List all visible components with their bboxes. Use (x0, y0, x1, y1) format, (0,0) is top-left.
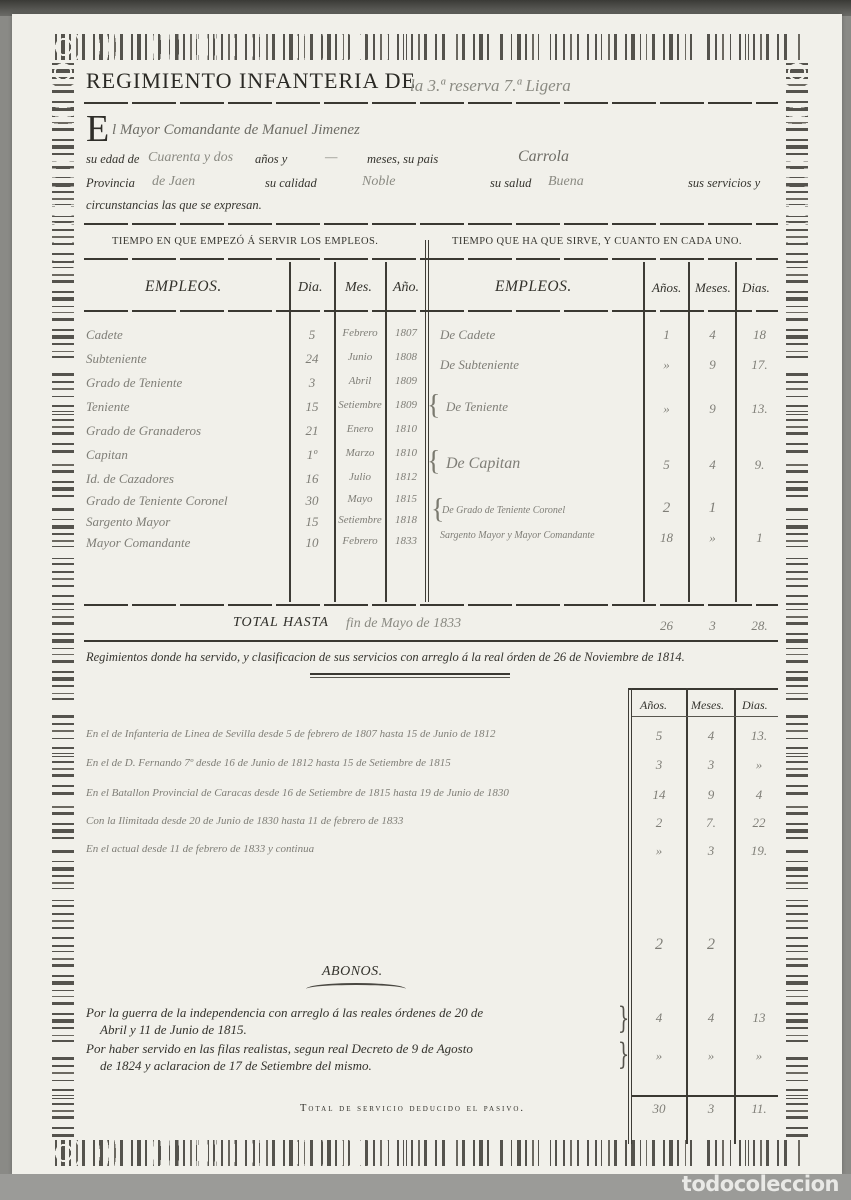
col-dia: Dia. (298, 280, 323, 296)
grand-total-dias: 11. (736, 1101, 782, 1117)
mes: Febrero (336, 535, 384, 547)
ano: 1807 (386, 327, 426, 339)
intro-rule (84, 223, 778, 225)
ornamental-border-bottom (52, 1140, 802, 1166)
right-section-header: TIEMPO QUE HA QUE SIRVE, Y CUANTO EN CAD… (452, 236, 742, 247)
dia: 15 (290, 399, 334, 415)
mes: Setiembre (336, 399, 384, 411)
salud-value: Buena (548, 174, 584, 190)
empleo: Sargento Mayor y Mayor Comandante (440, 530, 595, 541)
grand-total-rule (632, 1095, 778, 1097)
subtotal-anos: 2 (632, 936, 686, 954)
empleo: Mayor Comandante (86, 535, 190, 551)
col-meses-2: Meses. (691, 698, 724, 713)
abonos-title: ABONOS. (322, 964, 383, 980)
grid-line (643, 262, 645, 602)
regiment-text: Con la Ilimitada desde 20 de Junio de 18… (86, 815, 403, 827)
dia: 21 (290, 423, 334, 439)
dias: 13. (737, 401, 782, 417)
anos: » (645, 357, 688, 373)
watermark: todocoleccion (682, 1172, 839, 1196)
salud-label: su salud (490, 176, 531, 191)
regiment-text: En el Batallon Provincial de Caracas des… (86, 787, 509, 799)
dias: 17. (737, 357, 782, 373)
meses: 4 (690, 457, 735, 473)
col-dias-2: Dias. (742, 698, 768, 713)
left-brace: { (427, 448, 440, 476)
regiment-text: En el de Infanteria de Linea de Sevilla … (86, 728, 495, 740)
anos: 5 (645, 457, 688, 473)
abono-2-line2: de 1824 y aclaracion de 17 de Setiembre … (100, 1057, 372, 1074)
empleo: Sargento Mayor (86, 514, 170, 530)
dias: 9. (737, 457, 782, 473)
col-empleos-left: EMPLEOS. (145, 278, 222, 296)
edad-value: Cuarenta y dos (148, 150, 233, 166)
col-anos-2: Años. (640, 698, 667, 713)
total-meses: 3 (690, 618, 735, 634)
left-section-header: TIEMPO EN QUE EMPEZÓ Á SERVIR LOS EMPLEO… (112, 236, 378, 247)
meses-pais-label: meses, su pais (367, 152, 438, 167)
ornamental-border-left (52, 60, 74, 1142)
abono-2-meses: » (688, 1048, 734, 1064)
dia: 24 (290, 351, 334, 367)
total-anos: 26 (645, 618, 688, 634)
empleo: De Subteniente (440, 357, 519, 373)
anos: 2 (632, 815, 686, 831)
anos: 18 (645, 530, 688, 546)
heading-ornament-rule (310, 677, 510, 678)
abono-1-meses: 4 (688, 1010, 734, 1026)
regimientos-heading: Regimientos donde ha servido, y clasific… (86, 650, 685, 665)
mes: Marzo (336, 447, 384, 459)
abono-1-dias: 13 (736, 1010, 782, 1026)
dias: 1 (737, 530, 782, 546)
empleo: Subteniente (86, 351, 147, 367)
provincia-value: de Jaen (152, 174, 195, 190)
mes: Enero (336, 423, 384, 435)
empleo: Cadete (86, 327, 123, 343)
meses: 9 (688, 787, 734, 803)
document-title: REGIMIENTO INFANTERIA DE (86, 68, 416, 94)
dia: 1º (290, 447, 334, 463)
abono-2-line1: Por haber servido en las filas realistas… (86, 1040, 473, 1057)
empleo: Id. de Cazadores (86, 471, 174, 487)
grand-total-label: Total de servicio deducido el pasivo. (300, 1103, 525, 1114)
ornamental-border-top (52, 34, 802, 60)
meses: 4 (690, 327, 735, 343)
anos: » (632, 843, 686, 859)
ano: 1818 (386, 514, 426, 526)
abono-2-anos: » (632, 1048, 686, 1064)
drop-cap: E (86, 110, 109, 148)
mes: Abril (336, 375, 384, 387)
mes: Setiembre (336, 514, 384, 526)
ano: 1809 (386, 375, 426, 387)
calidad-label: su calidad (265, 176, 317, 191)
anos: 5 (632, 728, 686, 744)
dia: 10 (290, 535, 334, 551)
anos: 2 (645, 500, 688, 517)
ano: 1810 (386, 447, 426, 459)
pais-value: Carrola (518, 148, 569, 166)
ano: 1812 (386, 471, 426, 483)
edad-label: su edad de (86, 152, 139, 167)
dias: 19. (736, 843, 782, 859)
col-anos: Años. (652, 280, 681, 296)
empleo: Teniente (86, 399, 130, 415)
meses: 3 (688, 757, 734, 773)
rank-name-handwritten: l Mayor Comandante de Manuel Jimenez (112, 122, 360, 139)
meses: 3 (688, 843, 734, 859)
meses: 7. (688, 815, 734, 831)
total-hasta-label: TOTAL HASTA (233, 615, 329, 631)
anos-label: años y (255, 152, 287, 167)
ano: 1808 (386, 351, 426, 363)
col-meses: Meses. (695, 280, 731, 296)
meses-value: — (325, 150, 337, 166)
anos: » (645, 401, 688, 417)
calidad-value: Noble (362, 174, 395, 190)
empleo: Grado de Teniente (86, 375, 182, 391)
mes: Julio (336, 471, 384, 483)
total-hasta-date: fin de Mayo de 1833 (346, 616, 461, 632)
grid-line (735, 262, 737, 602)
total-dias: 28. (737, 618, 782, 634)
dias: 22 (736, 815, 782, 831)
column-header-rule (84, 310, 778, 312)
dia: 15 (290, 514, 334, 530)
regiment-text: En el actual desde 11 de febrero de 1833… (86, 843, 314, 855)
empleo: De Cadete (440, 327, 495, 343)
ano: 1809 (386, 399, 426, 411)
circunstancias-text: circunstancias las que se expresan. (86, 198, 262, 213)
anos: 3 (632, 757, 686, 773)
col-dias: Dias. (742, 280, 770, 296)
dia: 3 (290, 375, 334, 391)
right-brace: } (618, 1040, 629, 1070)
box-top-rule (628, 688, 778, 690)
col-empleos-right: EMPLEOS. (495, 278, 572, 296)
meses: 9 (690, 401, 735, 417)
dias: 13. (736, 728, 782, 744)
ano: 1815 (386, 493, 426, 505)
dia: 16 (290, 471, 334, 487)
ano: 1810 (386, 423, 426, 435)
mes: Mayo (336, 493, 384, 505)
mes: Junio (336, 351, 384, 363)
abono-1-line1: Por la guerra de la independencia con ar… (86, 1004, 483, 1021)
meses: 4 (688, 728, 734, 744)
dia: 30 (290, 493, 334, 509)
heading-ornament-rule (310, 673, 510, 675)
empleo: Capitan (86, 447, 128, 463)
abono-2-dias: » (736, 1048, 782, 1064)
abono-1-anos: 4 (632, 1010, 686, 1026)
grid-double-line (425, 240, 429, 602)
grand-total-meses: 3 (688, 1101, 734, 1117)
abonos-ornament (306, 983, 406, 989)
empleo: Grado de Granaderos (86, 423, 201, 439)
empleo: Grado de Teniente Coronel (86, 493, 228, 509)
title-rule (84, 102, 778, 104)
empleo: De Capitan (446, 455, 520, 473)
ano: 1833 (386, 535, 426, 547)
meses: 9 (690, 357, 735, 373)
empleo: De Teniente (446, 399, 508, 415)
meses: 1 (690, 500, 735, 517)
meses: » (690, 530, 735, 546)
section1-header-rule (84, 258, 778, 260)
grand-total-anos: 30 (632, 1101, 686, 1117)
dia: 5 (290, 327, 334, 343)
provincia-label: Provincia (86, 176, 135, 191)
grid-line (688, 262, 690, 602)
dias: » (736, 757, 782, 773)
ornamental-border-right (786, 60, 808, 1142)
regiment-text: En el de D. Fernando 7º desde 16 de Juni… (86, 757, 451, 769)
left-brace: { (427, 392, 440, 420)
servicios-label: sus servicios y (688, 176, 760, 191)
col-mes: Mes. (345, 280, 372, 296)
anos: 14 (632, 787, 686, 803)
abono-1-line2: Abril y 11 de Junio de 1815. (100, 1021, 247, 1038)
dias: 4 (736, 787, 782, 803)
dias: 18 (737, 327, 782, 343)
regiment-name-handwritten: la 3.ª reserva 7.ª Ligera (410, 76, 571, 96)
subtotal-meses: 2 (688, 936, 734, 954)
empleo: De Grado de Teniente Coronel (442, 505, 565, 516)
anos: 1 (645, 327, 688, 343)
mes: Febrero (336, 327, 384, 339)
right-brace: } (618, 1004, 629, 1034)
total-top-rule (84, 604, 778, 606)
total-bottom-rule (84, 640, 778, 642)
box-header-rule (632, 716, 778, 717)
col-ano: Año. (393, 280, 419, 296)
